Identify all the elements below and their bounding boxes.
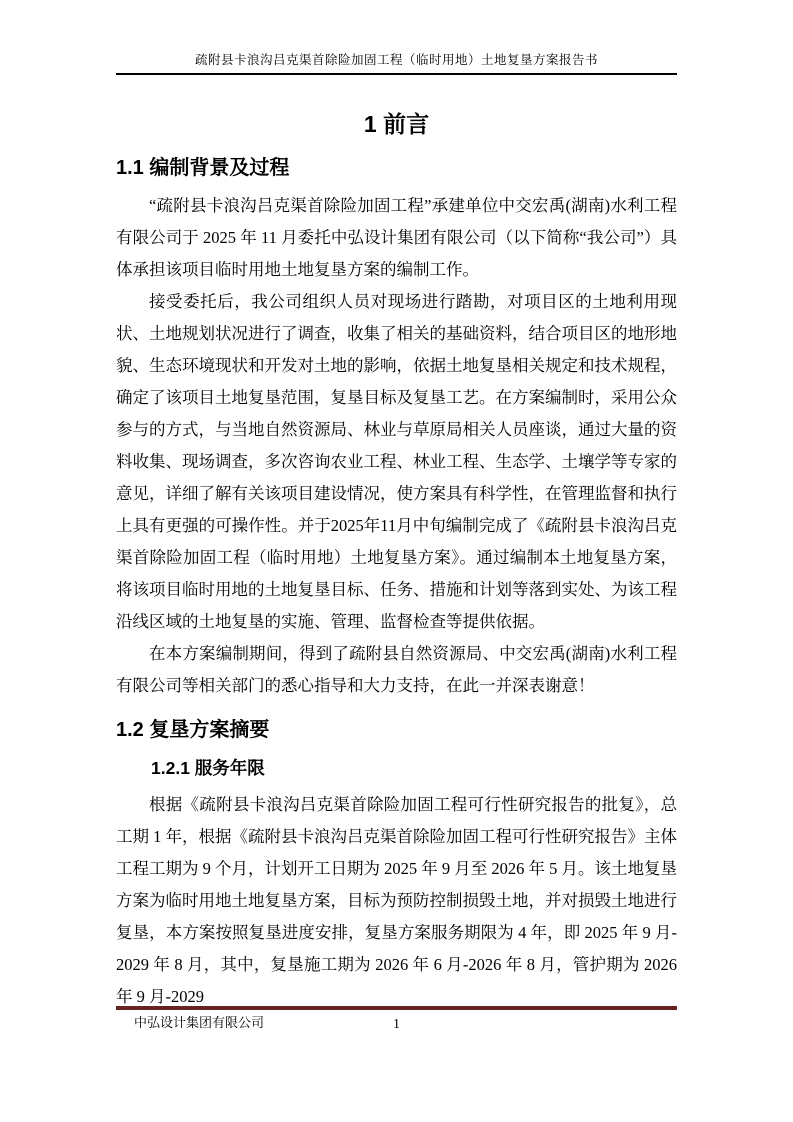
footer-row: 中弘设计集团有限公司 1 — [116, 1014, 677, 1032]
chapter-title: 1 前言 — [116, 108, 677, 140]
footer-rule — [116, 1006, 677, 1010]
header-rule — [116, 73, 677, 75]
paragraph-1-1-c: 在本方案编制期间，得到了疏附县自然资源局、中交宏禹(湖南)水利工程有限公司等相关… — [116, 638, 677, 702]
section-heading-1-1: 1.1 编制背景及过程 — [116, 154, 677, 182]
page-footer: 中弘设计集团有限公司 1 — [116, 1006, 677, 1032]
page-header: 疏附县卡浪沟吕克渠首除险加固工程（临时用地）土地复垦方案报告书 — [116, 50, 677, 75]
page-number: 1 — [116, 1015, 677, 1033]
paragraph-1-1-a: “疏附县卡浪沟吕克渠首除险加固工程”承建单位中交宏禹(湖南)水利工程有限公司于 … — [116, 190, 677, 286]
running-head-doc-title: 疏附县卡浪沟吕克渠首除险加固工程（临时用地）土地复垦方案报告书 — [116, 50, 677, 73]
page-content: 1 前言 1.1 编制背景及过程 “疏附县卡浪沟吕克渠首除险加固工程”承建单位中… — [116, 100, 677, 1013]
subsection-heading-1-2-1: 1.2.1 服务年限 — [151, 756, 677, 781]
paragraph-1-1-b: 接受委托后，我公司组织人员对现场进行踏勘，对项目区的土地利用现状、土地规划状况进… — [116, 286, 677, 638]
paragraph-1-2-1-a: 根据《疏附县卡浪沟吕克渠首除险加固工程可行性研究报告的批复》，总工期 1 年，根… — [116, 789, 677, 1013]
document-page: 疏附县卡浪沟吕克渠首除险加固工程（临时用地）土地复垦方案报告书 1 前言 1.1… — [0, 0, 793, 1122]
section-heading-1-2: 1.2 复垦方案摘要 — [116, 716, 677, 744]
